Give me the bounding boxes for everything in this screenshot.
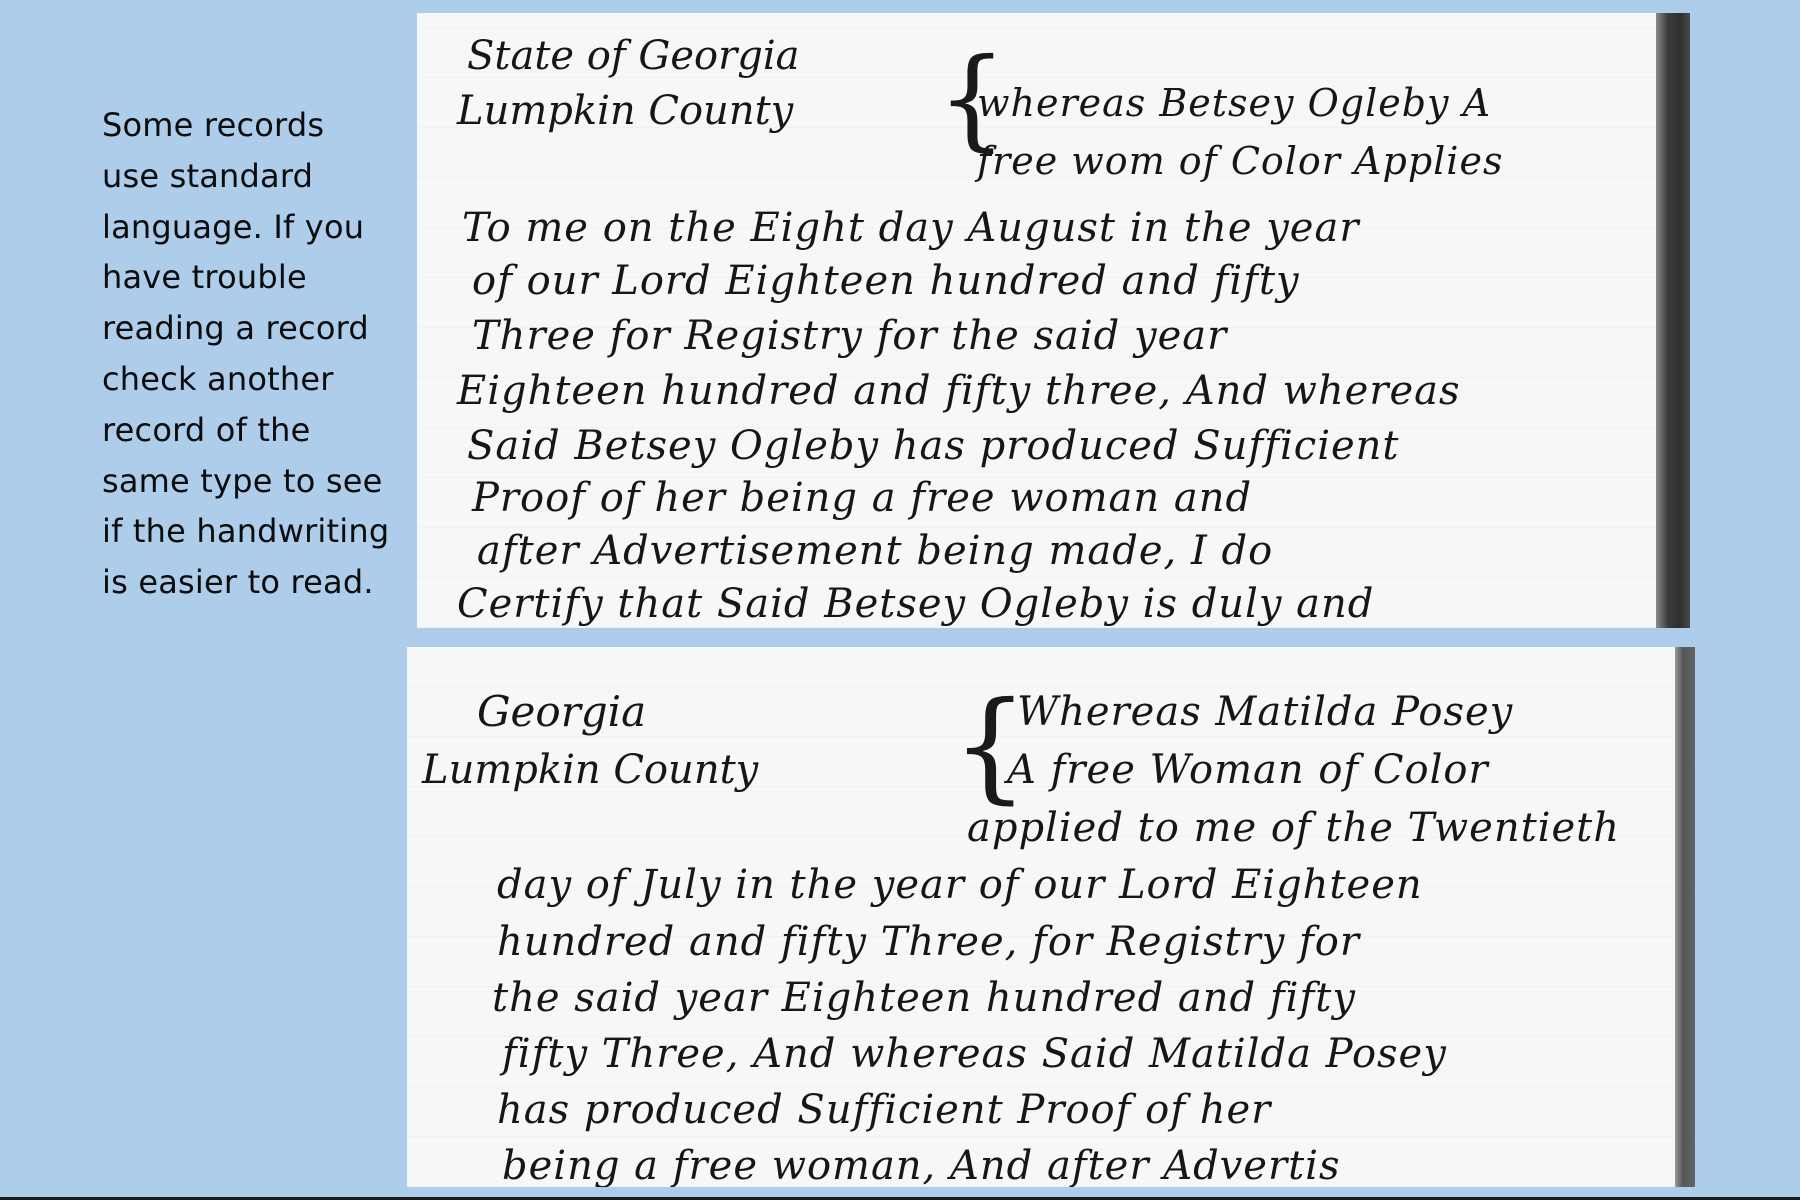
record-line: the said year Eighteen hundred and fifty bbox=[492, 975, 1356, 1021]
book-binding-edge bbox=[1675, 647, 1695, 1187]
record-line: whereas Betsey Ogleby A bbox=[977, 81, 1491, 125]
record-line: Certify that Said Betsey Ogleby is duly … bbox=[457, 581, 1374, 627]
record-line: Said Betsey Ogleby has produced Sufficie… bbox=[467, 423, 1400, 469]
record-line: Three for Registry for the said year bbox=[472, 313, 1227, 359]
record-line: has produced Sufficient Proof of her bbox=[497, 1087, 1271, 1133]
record-line: A free Woman of Color bbox=[1007, 747, 1489, 793]
record-line: free wom of Color Applies bbox=[977, 139, 1503, 183]
record-image-betsey-ogleby: State of Georgia Lumpkin County { wherea… bbox=[417, 13, 1690, 628]
record-heading-county: Lumpkin County bbox=[422, 747, 758, 793]
record-line: Whereas Matilda Posey bbox=[1017, 689, 1513, 735]
record-line: To me on the Eight day August in the yea… bbox=[462, 205, 1359, 251]
record-heading-state: Georgia bbox=[477, 687, 646, 736]
tip-text: Some records use standard language. If y… bbox=[102, 100, 422, 608]
record-line: applied to me of the Twentieth bbox=[967, 805, 1620, 851]
record-line: Eighteen hundred and fifty three, And wh… bbox=[457, 368, 1461, 414]
record-heading-state: State of Georgia bbox=[467, 33, 799, 79]
record-line: day of July in the year of our Lord Eigh… bbox=[497, 862, 1423, 908]
record-line: of our Lord Eighteen hundred and fifty bbox=[472, 258, 1300, 304]
book-binding-edge bbox=[1656, 13, 1690, 628]
record-line: fifty Three, And whereas Said Matilda Po… bbox=[502, 1031, 1447, 1077]
record-line: hundred and fifty Three, for Registry fo… bbox=[497, 919, 1360, 965]
record-line: after Advertisement being made, I do bbox=[477, 528, 1273, 574]
record-line: Proof of her being a free woman and bbox=[472, 475, 1252, 521]
record-line: being a free woman, And after Advertis bbox=[502, 1143, 1340, 1187]
record-heading-county: Lumpkin County bbox=[457, 88, 793, 134]
record-image-matilda-posey: Georgia Lumpkin County { Whereas Matilda… bbox=[407, 647, 1695, 1187]
